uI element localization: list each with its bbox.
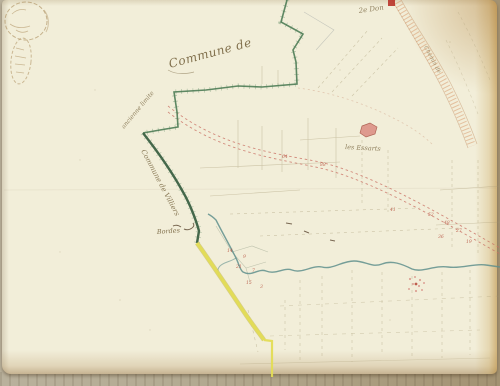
round-stamp (5, 2, 48, 40)
commune-boundary-line (143, 0, 303, 243)
parcel-number: 21 (235, 264, 242, 270)
hamlet-name-label: les Essarts (345, 143, 382, 153)
commune-title-label: Commune de (167, 35, 253, 71)
paper-specks (59, 41, 451, 330)
stipple-cluster (408, 276, 425, 292)
cadastral-map-drawing: Commune de 2e Don ancienne limite Commun… (0, 0, 500, 386)
parcel-number: 3 (260, 284, 263, 290)
parcel-number: 48 (443, 220, 450, 226)
parcel-number: 41 (389, 207, 396, 213)
yellow-road (197, 243, 272, 377)
parcel-number: 88 (320, 162, 326, 168)
red-square-mark (388, 0, 395, 6)
hatched-road (390, 0, 477, 148)
village-name-label: Bordes (156, 226, 181, 236)
parcel-number: 36 (438, 234, 444, 240)
parcel-number: 27 (455, 228, 462, 234)
parcel-number: 9 (243, 254, 246, 260)
parcel-number: 52 (428, 212, 434, 218)
oval-stamp (9, 37, 34, 85)
division-label: 2e Don (357, 3, 385, 15)
parcel-number: 19 (466, 239, 472, 245)
parcel-marks-layer: 1492171536488415248273619 (227, 154, 472, 290)
boundary-lower-label: Commune de Villiers (139, 148, 181, 217)
parcel-number: 7 (252, 268, 255, 274)
hamlet-buildings (360, 123, 377, 137)
road-name-label: Chemin de (422, 45, 442, 75)
paper-crease (4, 188, 496, 190)
parcel-number: 14 (227, 248, 233, 254)
parcel-number: 15 (246, 280, 252, 286)
parcel-number: 64 (282, 154, 288, 160)
scanned-map-sheet: Commune de 2e Don ancienne limite Commun… (0, 0, 500, 386)
boundary-upper-label: ancienne limite (120, 90, 156, 131)
